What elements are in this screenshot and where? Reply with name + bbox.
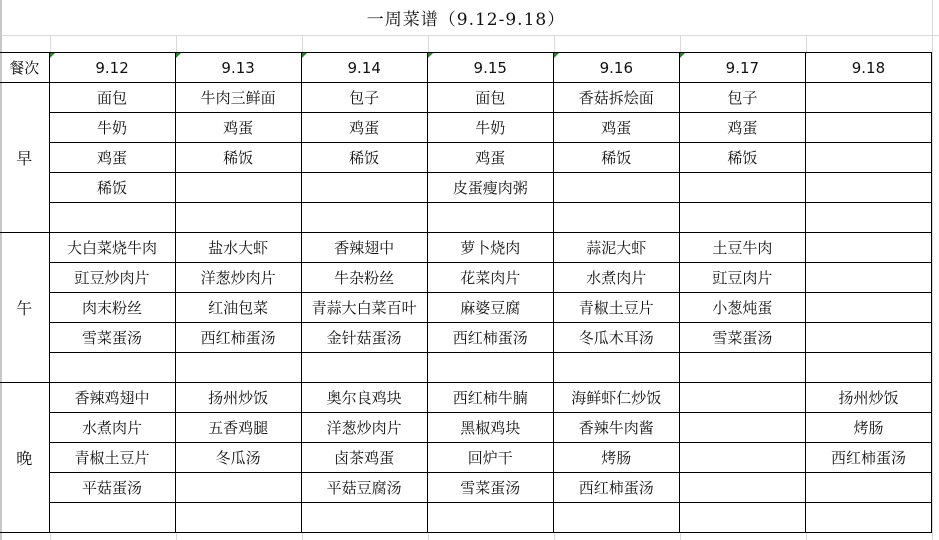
dish-cell[interactable]: 烤肠 <box>805 413 931 443</box>
dish-cell[interactable]: 五香鸡腿 <box>175 413 301 443</box>
dish-cell[interactable] <box>175 173 301 203</box>
dish-cell[interactable] <box>679 203 805 233</box>
dish-cell[interactable]: 雪菜蛋汤 <box>679 323 805 353</box>
dish-cell[interactable]: 鸡蛋 <box>175 113 301 143</box>
dish-cell[interactable]: 雪菜蛋汤 <box>427 473 553 503</box>
dish-cell[interactable] <box>175 503 301 533</box>
dish-cell[interactable]: 小葱炖蛋 <box>679 293 805 323</box>
dish-cell[interactable]: 香辣鸡翅中 <box>49 383 175 413</box>
table-row: 稀饭皮蛋瘦肉粥 <box>0 173 932 203</box>
dish-cell[interactable] <box>805 473 931 503</box>
dish-cell[interactable] <box>553 353 679 383</box>
date-label: 9.16 <box>600 59 633 77</box>
dish-cell[interactable]: 西红柿蛋汤 <box>805 443 931 473</box>
dish-cell[interactable]: 包子 <box>679 83 805 113</box>
dish-cell[interactable] <box>805 293 931 323</box>
table-row: 水煮肉片五香鸡腿洋葱炒肉片黑椒鸡块香辣牛肉酱烤肠 <box>0 413 932 443</box>
dish-cell[interactable] <box>805 173 931 203</box>
dish-cell[interactable]: 西红柿蛋汤 <box>553 473 679 503</box>
dish-cell[interactable] <box>175 353 301 383</box>
header-date-cell[interactable]: 9.15 <box>427 53 553 83</box>
dish-cell[interactable]: 麻婆豆腐 <box>427 293 553 323</box>
dish-cell[interactable] <box>175 203 301 233</box>
dish-cell[interactable] <box>553 203 679 233</box>
table-row: 平菇蛋汤平菇豆腐汤雪菜蛋汤西红柿蛋汤 <box>0 473 932 503</box>
dish-cell[interactable]: 平菇蛋汤 <box>49 473 175 503</box>
dish-cell[interactable]: 稀饭 <box>175 143 301 173</box>
dish-cell[interactable]: 肉末粉丝 <box>49 293 175 323</box>
table-row: 雪菜蛋汤西红柿蛋汤金针菇蛋汤西红柿蛋汤冬瓜木耳汤雪菜蛋汤 <box>0 323 932 353</box>
dish-cell[interactable] <box>175 473 301 503</box>
table-row: 鸡蛋稀饭稀饭鸡蛋稀饭稀饭 <box>0 143 932 173</box>
dish-cell[interactable]: 面包 <box>49 83 175 113</box>
dish-cell[interactable]: 青椒土豆片 <box>553 293 679 323</box>
dish-cell[interactable]: 花菜肉片 <box>427 263 553 293</box>
dish-cell[interactable] <box>679 413 805 443</box>
dish-cell[interactable]: 海鲜虾仁炒饭 <box>553 383 679 413</box>
dish-cell[interactable]: 面包 <box>427 83 553 113</box>
dish-cell[interactable]: 稀饭 <box>49 173 175 203</box>
dish-cell[interactable]: 洋葱炒肉片 <box>175 263 301 293</box>
dish-cell[interactable]: 牛奶 <box>49 113 175 143</box>
dish-cell[interactable] <box>301 173 427 203</box>
dish-cell[interactable]: 包子 <box>301 83 427 113</box>
dish-cell[interactable]: 扬州炒饭 <box>175 383 301 413</box>
dish-cell[interactable]: 平菇豆腐汤 <box>301 473 427 503</box>
dish-cell[interactable] <box>679 383 805 413</box>
dish-cell[interactable]: 鸡蛋 <box>427 143 553 173</box>
dish-cell[interactable]: 香菇拆烩面 <box>553 83 679 113</box>
dish-cell[interactable]: 卤茶鸡蛋 <box>301 443 427 473</box>
dish-cell[interactable] <box>805 83 931 113</box>
table-row <box>0 353 932 383</box>
dish-cell[interactable]: 雪菜蛋汤 <box>49 323 175 353</box>
table-row: 青椒土豆片冬瓜汤卤茶鸡蛋回炉干烤肠西红柿蛋汤 <box>0 443 932 473</box>
dish-cell[interactable] <box>301 203 427 233</box>
dish-cell[interactable]: 西红柿蛋汤 <box>175 323 301 353</box>
date-label: 9.18 <box>852 59 885 77</box>
comment-flag-icon[interactable] <box>302 53 307 58</box>
dish-cell[interactable]: 青椒土豆片 <box>49 443 175 473</box>
dish-cell[interactable] <box>301 353 427 383</box>
dish-cell[interactable] <box>427 203 553 233</box>
dish-cell[interactable]: 萝卜烧肉 <box>427 233 553 263</box>
dish-cell[interactable]: 牛奶 <box>427 113 553 143</box>
comment-flag-icon[interactable] <box>428 53 433 58</box>
dish-cell[interactable]: 豇豆肉片 <box>679 263 805 293</box>
dish-cell[interactable] <box>805 503 931 533</box>
table-row: 牛奶鸡蛋鸡蛋牛奶鸡蛋鸡蛋 <box>0 113 932 143</box>
meal-label-cell[interactable]: 午 <box>0 233 49 383</box>
dish-cell[interactable]: 稀饭 <box>301 143 427 173</box>
dish-cell[interactable]: 西红柿蛋汤 <box>427 323 553 353</box>
dish-cell[interactable]: 稀饭 <box>553 143 679 173</box>
dish-cell[interactable]: 烤肠 <box>553 443 679 473</box>
dish-cell[interactable]: 牛肉三鲜面 <box>175 83 301 113</box>
dish-cell[interactable]: 鸡蛋 <box>301 113 427 143</box>
dish-cell[interactable]: 蒜泥大虾 <box>553 233 679 263</box>
dish-cell[interactable]: 黑椒鸡块 <box>427 413 553 443</box>
dish-cell[interactable]: 土豆牛肉 <box>679 233 805 263</box>
table-row <box>0 203 932 233</box>
date-label: 9.12 <box>95 59 128 77</box>
header-row: 餐次 9.12 9.13 9.14 9.15 9.16 9.17 9.18 <box>0 53 932 83</box>
dish-cell[interactable] <box>49 503 175 533</box>
date-label: 9.14 <box>347 59 380 77</box>
dish-cell[interactable] <box>805 113 931 143</box>
dish-cell[interactable]: 青蒜大白菜百叶 <box>301 293 427 323</box>
date-label: 9.13 <box>221 59 254 77</box>
dish-cell[interactable]: 扬州炒饭 <box>805 383 931 413</box>
dish-cell[interactable] <box>427 353 553 383</box>
dish-cell[interactable]: 豇豆炒肉片 <box>49 263 175 293</box>
dish-cell[interactable]: 金针菇蛋汤 <box>301 323 427 353</box>
dish-cell[interactable] <box>301 503 427 533</box>
dish-cell[interactable] <box>679 173 805 203</box>
table-row: 早面包牛肉三鲜面包子面包香菇拆烩面包子 <box>0 83 932 113</box>
dish-cell[interactable] <box>679 353 805 383</box>
table-row: 肉末粉丝红油包菜青蒜大白菜百叶麻婆豆腐青椒土豆片小葱炖蛋 <box>0 293 932 323</box>
dish-cell[interactable] <box>553 173 679 203</box>
dish-cell[interactable]: 奥尔良鸡块 <box>301 383 427 413</box>
header-date-cell[interactable]: 9.12 <box>49 53 175 83</box>
comment-flag-icon[interactable] <box>680 53 685 58</box>
dish-cell[interactable]: 盐水大虾 <box>175 233 301 263</box>
dish-cell[interactable]: 鸡蛋 <box>49 143 175 173</box>
dish-cell[interactable] <box>805 353 931 383</box>
dish-cell[interactable] <box>679 443 805 473</box>
dish-cell[interactable] <box>49 353 175 383</box>
dish-cell[interactable]: 洋葱炒肉片 <box>301 413 427 443</box>
header-date-cell[interactable]: 9.13 <box>175 53 301 83</box>
dish-cell[interactable]: 水煮肉片 <box>553 263 679 293</box>
dish-cell[interactable]: 水煮肉片 <box>49 413 175 443</box>
weekly-menu-table: 餐次 9.12 9.13 9.14 9.15 9.16 9.17 9.18 早面… <box>0 52 932 533</box>
dish-cell[interactable] <box>805 233 931 263</box>
header-date-cell[interactable]: 9.18 <box>805 53 931 83</box>
dish-cell[interactable]: 回炉干 <box>427 443 553 473</box>
dish-cell[interactable] <box>679 473 805 503</box>
table-row: 晚香辣鸡翅中扬州炒饭奥尔良鸡块西红柿牛腩海鲜虾仁炒饭扬州炒饭 <box>0 383 932 413</box>
date-label: 9.17 <box>726 59 759 77</box>
comment-flag-icon[interactable] <box>554 53 559 58</box>
header-date-cell[interactable]: 9.14 <box>301 53 427 83</box>
dish-cell[interactable]: 牛杂粉丝 <box>301 263 427 293</box>
comment-flag-icon[interactable] <box>50 53 55 58</box>
dish-cell[interactable] <box>805 263 931 293</box>
table-row: 午大白菜烧牛肉盐水大虾香辣翅中萝卜烧肉蒜泥大虾土豆牛肉 <box>0 233 932 263</box>
dish-cell[interactable] <box>679 503 805 533</box>
dish-cell[interactable] <box>553 503 679 533</box>
date-label: 9.15 <box>474 59 507 77</box>
header-date-cell[interactable]: 9.16 <box>553 53 679 83</box>
meal-label-cell[interactable]: 晚 <box>0 383 49 533</box>
meal-label-cell[interactable]: 早 <box>0 83 49 233</box>
dish-cell[interactable]: 稀饭 <box>679 143 805 173</box>
comment-flag-icon[interactable] <box>176 53 181 58</box>
table-row <box>0 503 932 533</box>
dish-cell[interactable]: 冬瓜木耳汤 <box>553 323 679 353</box>
dish-cell[interactable]: 皮蛋瘦肉粥 <box>427 173 553 203</box>
spreadsheet: 一周菜谱（9.12-9.18） 餐次 9.12 9.13 9.14 9.15 9… <box>0 0 939 540</box>
dish-cell[interactable] <box>805 143 931 173</box>
dish-cell[interactable] <box>805 323 931 353</box>
table-row: 豇豆炒肉片洋葱炒肉片牛杂粉丝花菜肉片水煮肉片豇豆肉片 <box>0 263 932 293</box>
dish-cell[interactable]: 香辣牛肉酱 <box>553 413 679 443</box>
dish-cell[interactable]: 冬瓜汤 <box>175 443 301 473</box>
dish-cell[interactable]: 西红柿牛腩 <box>427 383 553 413</box>
dish-cell[interactable]: 大白菜烧牛肉 <box>49 233 175 263</box>
dish-cell[interactable] <box>427 503 553 533</box>
header-date-cell[interactable]: 9.17 <box>679 53 805 83</box>
page-title: 一周菜谱（9.12-9.18） <box>0 0 932 35</box>
dish-cell[interactable]: 鸡蛋 <box>679 113 805 143</box>
dish-cell[interactable] <box>49 203 175 233</box>
dish-cell[interactable]: 香辣翅中 <box>301 233 427 263</box>
dish-cell[interactable]: 鸡蛋 <box>553 113 679 143</box>
dish-cell[interactable] <box>805 203 931 233</box>
dish-cell[interactable]: 红油包菜 <box>175 293 301 323</box>
header-meal-label[interactable]: 餐次 <box>0 53 49 83</box>
